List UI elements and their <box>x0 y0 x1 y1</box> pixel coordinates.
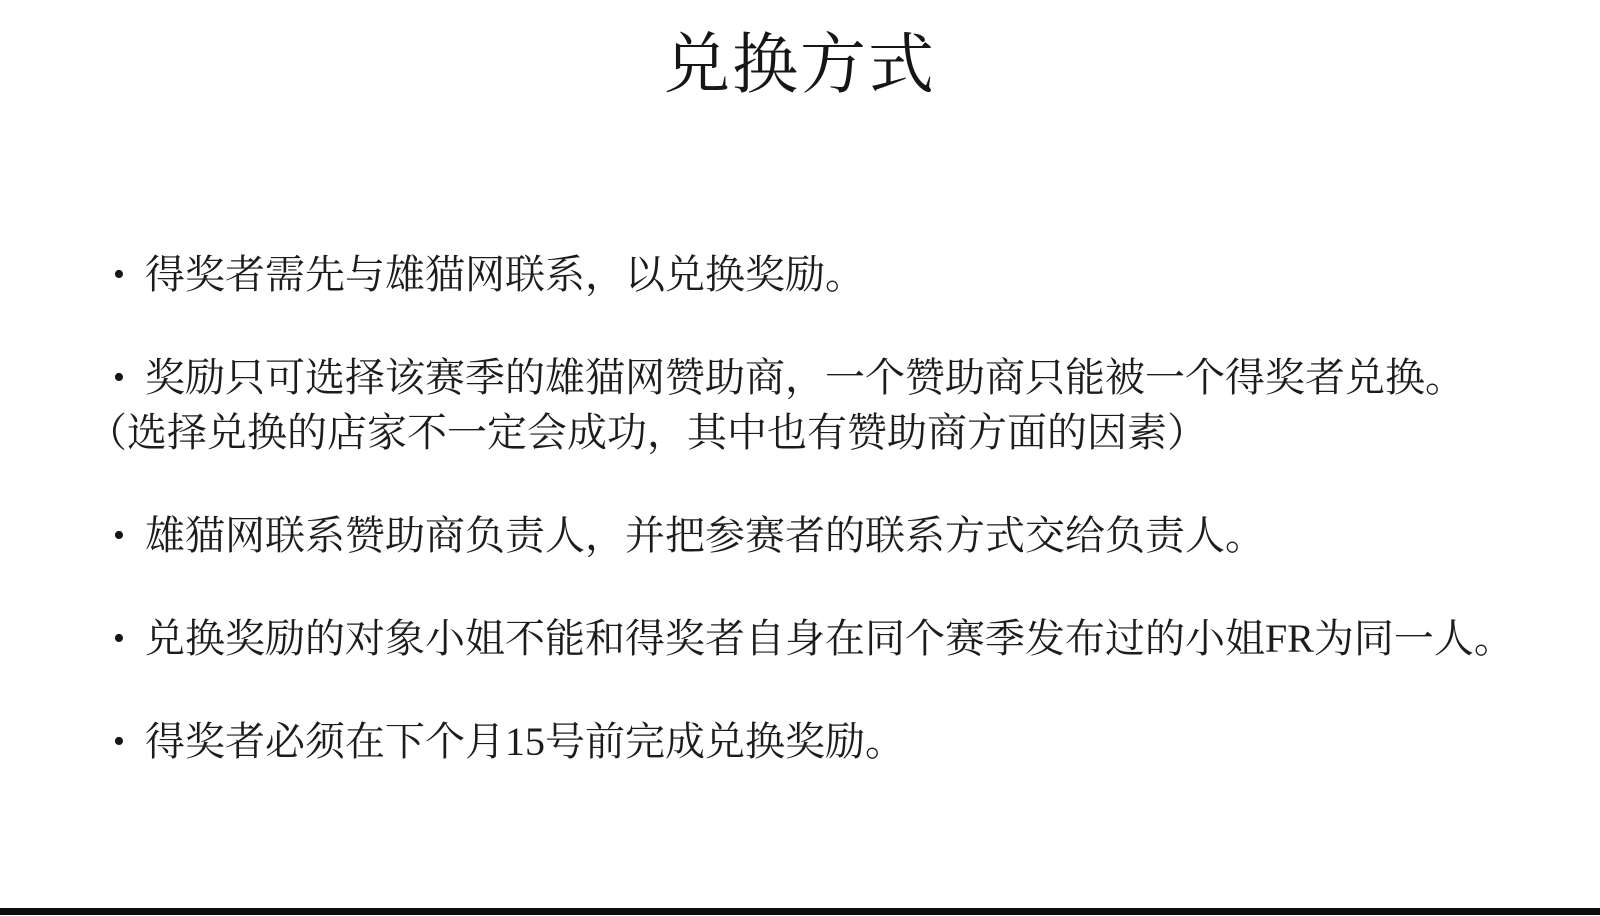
bullet-line: 兑换奖励的对象小姐不能和得奖者自身在同个赛季发布过的小姐FR为同一人。 <box>145 611 1550 666</box>
bullet-line: 得奖者必须在下个月15号前完成兑换奖励。 <box>145 714 1550 769</box>
bullet-item-1: • 得奖者需先与雄猫网联系，以兑换奖励。 <box>113 247 1550 302</box>
bullet-text: 兑换奖励的对象小姐不能和得奖者自身在同个赛季发布过的小姐FR为同一人。 <box>145 611 1550 666</box>
bullet-item-2: • 奖励只可选择该赛季的雄猫网赞助商，一个赞助商只能被一个得奖者兑换。 （选择兑… <box>113 350 1550 460</box>
bullet-list: • 得奖者需先与雄猫网联系，以兑换奖励。 • 奖励只可选择该赛季的雄猫网赞助商，… <box>113 247 1550 817</box>
bullet-item-4: • 兑换奖励的对象小姐不能和得奖者自身在同个赛季发布过的小姐FR为同一人。 <box>113 611 1550 666</box>
bullet-line: （选择兑换的店家不一定会成功，其中也有赞助商方面的因素） <box>87 405 1550 460</box>
slide-title: 兑换方式 <box>0 30 1600 103</box>
bullet-line: 雄猫网联系赞助商负责人，并把参赛者的联系方式交给负责人。 <box>145 508 1550 563</box>
bullet-item-3: • 雄猫网联系赞助商负责人，并把参赛者的联系方式交给负责人。 <box>113 508 1550 563</box>
bullet-dot-icon: • <box>113 714 145 769</box>
bullet-dot-icon: • <box>113 611 145 666</box>
bullet-dot-icon: • <box>113 247 145 302</box>
bullet-dot-icon: • <box>113 508 145 563</box>
bullet-item-5: • 得奖者必须在下个月15号前完成兑换奖励。 <box>113 714 1550 769</box>
bullet-text: 得奖者需先与雄猫网联系，以兑换奖励。 <box>145 247 1550 302</box>
bullet-dot-icon: • <box>113 350 145 405</box>
bullet-text: 奖励只可选择该赛季的雄猫网赞助商，一个赞助商只能被一个得奖者兑换。 （选择兑换的… <box>145 350 1550 460</box>
bullet-text: 得奖者必须在下个月15号前完成兑换奖励。 <box>145 714 1550 769</box>
bullet-line: 奖励只可选择该赛季的雄猫网赞助商，一个赞助商只能被一个得奖者兑换。 <box>145 350 1550 405</box>
bullet-text: 雄猫网联系赞助商负责人，并把参赛者的联系方式交给负责人。 <box>145 508 1550 563</box>
presentation-slide: 兑换方式 • 得奖者需先与雄猫网联系，以兑换奖励。 • 奖励只可选择该赛季的雄猫… <box>0 0 1600 916</box>
bullet-line: 得奖者需先与雄猫网联系，以兑换奖励。 <box>145 247 1550 302</box>
bottom-border-line <box>0 908 1600 915</box>
